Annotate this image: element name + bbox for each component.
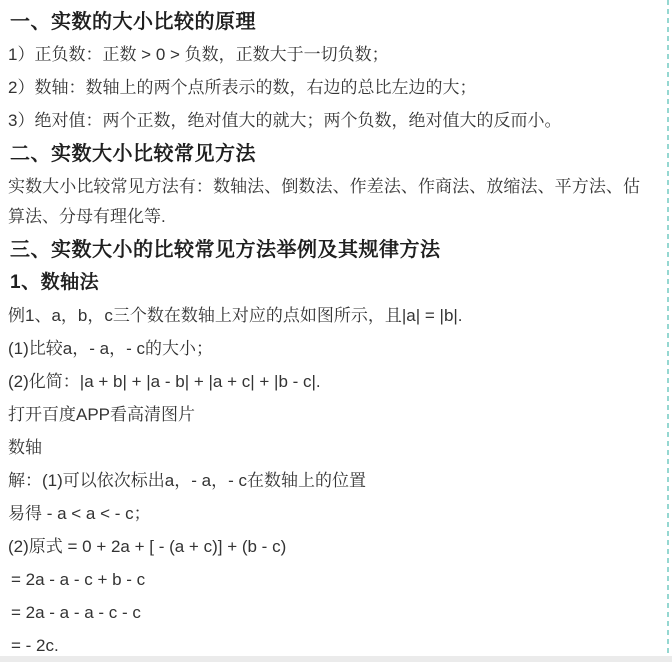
principle-item-3: 3）绝对值：两个正数，绝对值大的就大；两个负数，绝对值大的反而小。 (8, 106, 640, 136)
open-baidu-app-link[interactable]: 打开百度APP看高清图片 (8, 400, 640, 430)
horizontal-scrollbar-track[interactable] (0, 656, 672, 662)
image-caption-number-line: 数轴 (8, 433, 640, 463)
solution-step-4: = 2a - a - c + b - c (8, 565, 640, 595)
principle-item-1: 1）正负数：正数 > 0 > 负数，正数大于一切负数； (8, 40, 640, 70)
principle-item-2: 2）数轴：数轴上的两个点所表示的数，右边的总比左边的大； (8, 73, 640, 103)
methods-list-paragraph: 实数大小比较常见方法有：数轴法、倒数法、作差法、作商法、放缩法、平方法、估算法、… (8, 172, 640, 232)
example-1-statement: 例1、a，b，c三个数在数轴上对应的点如图所示，且|a| = |b|. (8, 301, 640, 331)
solution-step-2: 易得 - a < a < - c； (8, 499, 640, 529)
solution-step-1: 解：(1)可以依次标出a，- a，- c在数轴上的位置 (8, 466, 640, 496)
section-1-heading: 一、实数的大小比较的原理 (8, 7, 640, 37)
method-1-heading: 1、数轴法 (8, 268, 640, 298)
section-2-heading: 二、实数大小比较常见方法 (8, 139, 640, 169)
example-1-question-1: (1)比较a，- a，- c的大小； (8, 334, 640, 364)
solution-step-5: = 2a - a - a - c - c (8, 598, 640, 628)
solution-step-3: (2)原式 = 0 + 2a + [ - (a + c)] + (b - c) (8, 532, 640, 562)
example-1-question-2: (2)化简：|a + b| + |a - b| + |a + c| + |b -… (8, 367, 640, 397)
section-3-heading: 三、实数大小的比较常见方法举例及其规律方法 (8, 235, 640, 265)
article-body: 一、实数的大小比较的原理 1）正负数：正数 > 0 > 负数，正数大于一切负数；… (0, 0, 672, 661)
